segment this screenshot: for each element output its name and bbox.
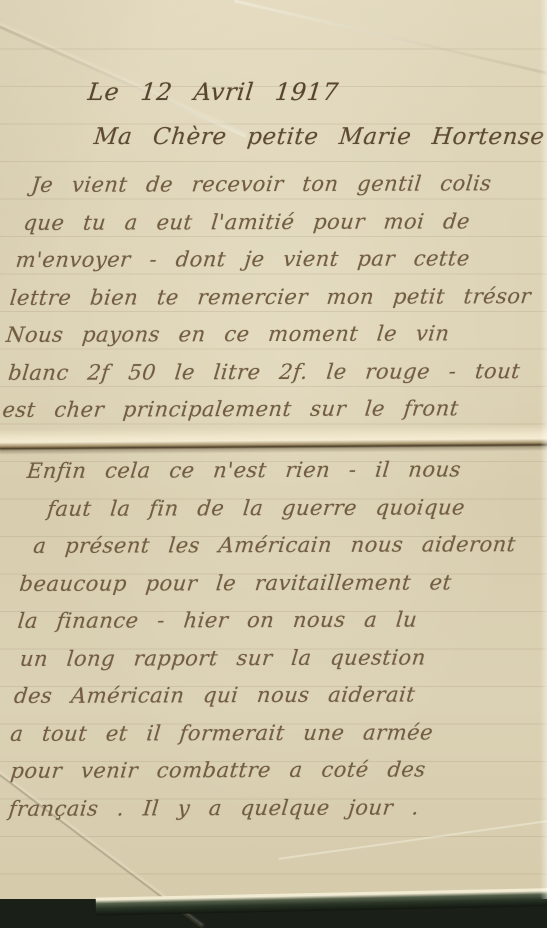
- letter-salutation: Ma Chère petite Marie Hortense: [93, 124, 546, 150]
- letter-body-lower: Enfin cela ce n'est rien - il nous faut …: [0, 451, 547, 828]
- letter-paper: Le 12 Avril 1917 Ma Chère petite Marie H…: [0, 0, 547, 899]
- letter-date: Le 12 Avril 1917: [87, 78, 341, 106]
- letter-line: a tout et il formerait une armée: [0, 714, 539, 753]
- paper-bottom-edge: [96, 888, 547, 899]
- letter-line: des Américain qui nous aiderait: [0, 676, 543, 715]
- letter-line: m'envoyer - dont je vient par cette: [10, 240, 547, 279]
- letter-body-upper: Je vient de recevoir ton gentil colis qu…: [0, 165, 547, 429]
- letter-line: Enfin cela ce n'est rien - il nous: [23, 451, 547, 490]
- letter-line: un long rapport sur la question: [4, 639, 547, 678]
- letter-line: Je vient de recevoir ton gentil colis: [17, 165, 547, 204]
- letter-line: faut la fin de la guerre quoique: [19, 489, 547, 528]
- paper-crease-top-right: [234, 0, 547, 83]
- letter-line: français . Il y a quelque jour .: [0, 789, 532, 828]
- letter-line: la finance - hier on nous a lu: [8, 601, 547, 640]
- letter-line: blanc 2f 50 le litre 2f. le rouge - tout: [0, 353, 541, 392]
- letter-line: a présent les Américain nous aideront: [16, 526, 547, 565]
- letter-line: que tu a eut l'amitié pour moi de: [14, 203, 547, 242]
- letter-line: beaucoup pour le ravitaillement et: [12, 564, 547, 603]
- paper-crease-top-left: [0, 5, 247, 138]
- letter-line: est cher principalement sur le front: [0, 390, 538, 429]
- letter-line: Nous payons en ce moment le vin: [2, 315, 545, 354]
- letter-line: pour venir combattre a coté des: [0, 751, 536, 790]
- letter-line: lettre bien te remercier mon petit tréso…: [6, 278, 547, 317]
